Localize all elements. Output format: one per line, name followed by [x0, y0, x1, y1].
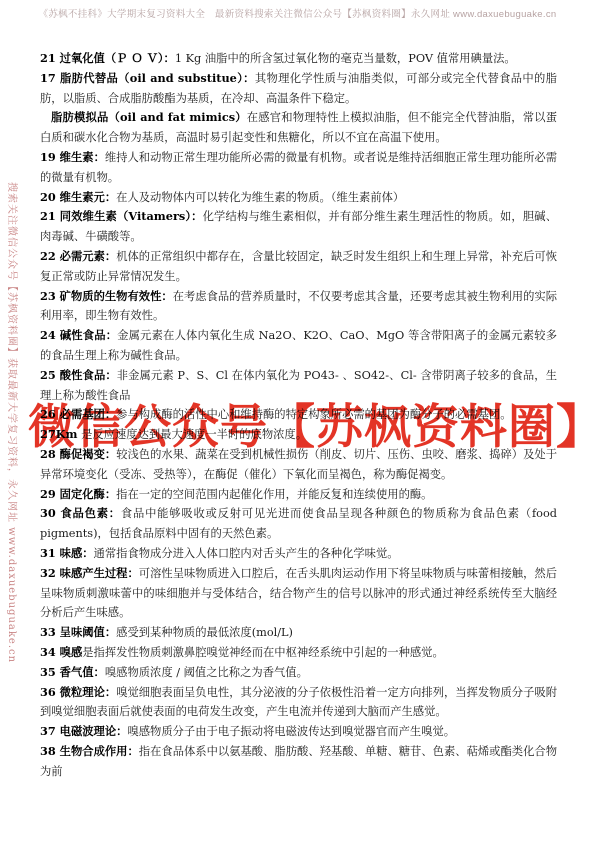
glossary-term-label: 24 碱性食品：	[40, 328, 117, 342]
document-body: 21 过氧化值（Ｐ Ｏ Ｖ）：1 Kg 油脂中的所含氢过氧化物的毫克当量数，PO…	[40, 49, 557, 781]
glossary-term-label: 37 电磁波理论：	[40, 724, 127, 738]
glossary-term-label: 23 矿物质的生物有效性：	[40, 289, 173, 303]
header-watermark-text: 《苏枫不挂科》大学期末复习资料大全 最新资料搜索关注微信公众号【苏枫资料圈】永久…	[0, 6, 595, 20]
glossary-term-definition: 是反应速度达到最大速度一半时的底物浓度。	[78, 428, 308, 441]
glossary-item: 33 呈味阈值：感受到某种物质的最低浓度(mol/L)	[40, 623, 557, 643]
glossary-term-label: 31 味感：	[40, 546, 94, 560]
glossary-item: 23 矿物质的生物有效性：在考虑食品的营养质量时，不仅要考虑其含量，还要考虑其被…	[40, 287, 557, 327]
glossary-item: 25 酸性食品：非金属元素 P、S、Cl 在体内氧化为 PO43- 、SO42-…	[40, 366, 557, 406]
glossary-item: 27Km 是反应速度达到最大速度一半时的底物浓度。	[40, 425, 557, 445]
glossary-item: 22 必需元素：机体的正常组织中都存在，含量比较固定，缺乏时发生组织上和生理上异…	[40, 247, 557, 287]
document-page: 《苏枫不挂科》大学期末复习资料大全 最新资料搜索关注微信公众号【苏枫资料圈】永久…	[0, 0, 595, 841]
glossary-item: 26 必需基团：参与构成酶的活性中心和维持酶的特定构象所必需的基团为酶分子的必需…	[40, 405, 557, 425]
glossary-term-label: 36 微粒理论：	[40, 685, 116, 699]
glossary-item: 28 酶促褐变：较浅色的水果、蔬菜在受到机械性损伤（削皮、切片、压伤、虫咬、磨浆…	[40, 445, 557, 485]
glossary-term-label: 28 酶促褐变：	[40, 447, 116, 461]
glossary-item: 31 味感：通常指食物成分进入人体口腔内对舌头产生的各种化学味觉。	[40, 544, 557, 564]
glossary-term-label: 25 酸性食品：	[40, 368, 117, 382]
glossary-term-definition: 嗅感物质分子由于电子振动将电磁波传达到嗅觉器官而产生嗅觉。	[127, 725, 455, 738]
glossary-term-label: 33 呈味阈值：	[40, 625, 116, 639]
glossary-term-label: 29 固定化酶：	[40, 487, 116, 501]
glossary-term-label: 脂肪模拟品（oil and fat mimics）	[51, 110, 247, 124]
glossary-term-definition: 在人及动物体内可以转化为维生素的物质。（维生素前体）	[116, 191, 404, 204]
glossary-item: 38 生物合成作用：指在食品体系中以氨基酸、脂肪酸、羟基酸、单糖、糖苷、色素、萜…	[40, 742, 557, 782]
glossary-item: 37 电磁波理论：嗅感物质分子由于电子振动将电磁波传达到嗅觉器官而产生嗅觉。	[40, 722, 557, 742]
glossary-term-label: 21 过氧化值（Ｐ Ｏ Ｖ）：	[40, 51, 175, 65]
glossary-term-definition: 金属元素在人体内氧化生成 Na2O、K2O、CaO、MgO 等含带阳离子的金属元…	[40, 329, 557, 362]
glossary-term-definition: 参与构成酶的活性中心和维持酶的特定构象所必需的基团为酶分子的必需基团。	[116, 408, 511, 421]
glossary-term-label: 32 味感产生过程：	[40, 566, 139, 580]
glossary-term-label: 22 必需元素：	[40, 249, 116, 263]
glossary-item: 21 过氧化值（Ｐ Ｏ Ｖ）：1 Kg 油脂中的所含氢过氧化物的毫克当量数，PO…	[40, 49, 557, 69]
glossary-term-definition: 非金属元素 P、S、Cl 在体内氧化为 PO43- 、SO42-、Cl- 含带阴…	[40, 369, 557, 402]
glossary-term-definition: 是指挥发性物质刺激鼻腔嗅觉神经而在中枢神经系统中引起的一种感觉。	[82, 646, 444, 659]
glossary-term-definition: 感受到某种物质的最低浓度(mol/L)	[116, 626, 293, 639]
glossary-item: 19 维生素：维持人和动物正常生理功能所必需的微量有机物。或者说是维持活细胞正常…	[40, 148, 557, 188]
glossary-item: 21 同效维生素（Vitamers）：化学结构与维生素相似，并有部分维生素生理活…	[40, 207, 557, 247]
glossary-item: 脂肪模拟品（oil and fat mimics）在感官和物理特性上模拟油脂，但…	[40, 108, 557, 148]
glossary-item: 17 脂肪代替品（oil and substitue）：其物理化学性质与油脂类似…	[40, 69, 557, 109]
glossary-item: 20 维生素元：在人及动物体内可以转化为维生素的物质。（维生素前体）	[40, 188, 557, 208]
glossary-term-label: 26 必需基团：	[40, 407, 116, 421]
glossary-item: 36 微粒理论：嗅觉细胞表面呈负电性，其分泌液的分子依极性沿着一定方向排列，当挥…	[40, 683, 557, 723]
glossary-term-label: 20 维生素元：	[40, 190, 116, 204]
glossary-term-label: 35 香气值：	[40, 665, 105, 679]
glossary-item: 24 碱性食品：金属元素在人体内氧化生成 Na2O、K2O、CaO、MgO 等含…	[40, 326, 557, 366]
glossary-term-definition: 嗅觉细胞表面呈负电性，其分泌液的分子依极性沿着一定方向排列，当挥发物质分子吸附到…	[40, 686, 557, 719]
glossary-term-label: 17 脂肪代替品（oil and substitue）：	[40, 71, 255, 85]
glossary-item: 34 嗅感是指挥发性物质刺激鼻腔嗅觉神经而在中枢神经系统中引起的一种感觉。	[40, 643, 557, 663]
glossary-term-label: 27Km	[40, 427, 78, 441]
glossary-term-label: 34 嗅感	[40, 645, 82, 659]
glossary-term-definition: 机体的正常组织中都存在，含量比较固定，缺乏时发生组织上和生理上异常，补充后可恢复…	[40, 250, 557, 283]
glossary-term-definition: 1 Kg 油脂中的所含氢过氧化物的毫克当量数，POV 值常用碘量法。	[175, 52, 516, 65]
glossary-term-definition: 嗅感物质浓度 / 阈值之比称之为香气值。	[105, 666, 308, 679]
glossary-term-definition: 较浅色的水果、蔬菜在受到机械性损伤（削皮、切片、压伤、虫咬、磨浆、捣碎）及处于异…	[40, 448, 557, 481]
glossary-term-label: 19 维生素：	[40, 150, 105, 164]
glossary-term-label: 38 生物合成作用：	[40, 744, 139, 758]
glossary-item: 30 食品色素：食品中能够吸收或反射可见光进而使食品呈现各种颜色的物质称为食品色…	[40, 504, 557, 544]
glossary-term-definition: 通常指食物成分进入人体口腔内对舌头产生的各种化学味觉。	[94, 547, 399, 560]
glossary-term-label: 30 食品色素：	[40, 506, 121, 520]
glossary-term-definition: 指在一定的空间范围内起催化作用，并能反复和连续使用的酶。	[116, 488, 432, 501]
glossary-item: 32 味感产生过程：可溶性呈味物质进入口腔后，在舌头肌肉运动作用下将呈味物质与味…	[40, 564, 557, 623]
glossary-item: 29 固定化酶：指在一定的空间范围内起催化作用，并能反复和连续使用的酶。	[40, 485, 557, 505]
sidebar-watermark-text: 搜索关注微信公众号【苏枫资料圈】获取最新大学复习资料，永久网址 www.daxu…	[6, 182, 21, 663]
glossary-term-label: 21 同效维生素（Vitamers）：	[40, 209, 203, 223]
glossary-item: 35 香气值：嗅感物质浓度 / 阈值之比称之为香气值。	[40, 663, 557, 683]
glossary-term-definition: 维持人和动物正常生理功能所必需的微量有机物。或者说是维持活细胞正常生理功能所必需…	[40, 151, 557, 184]
